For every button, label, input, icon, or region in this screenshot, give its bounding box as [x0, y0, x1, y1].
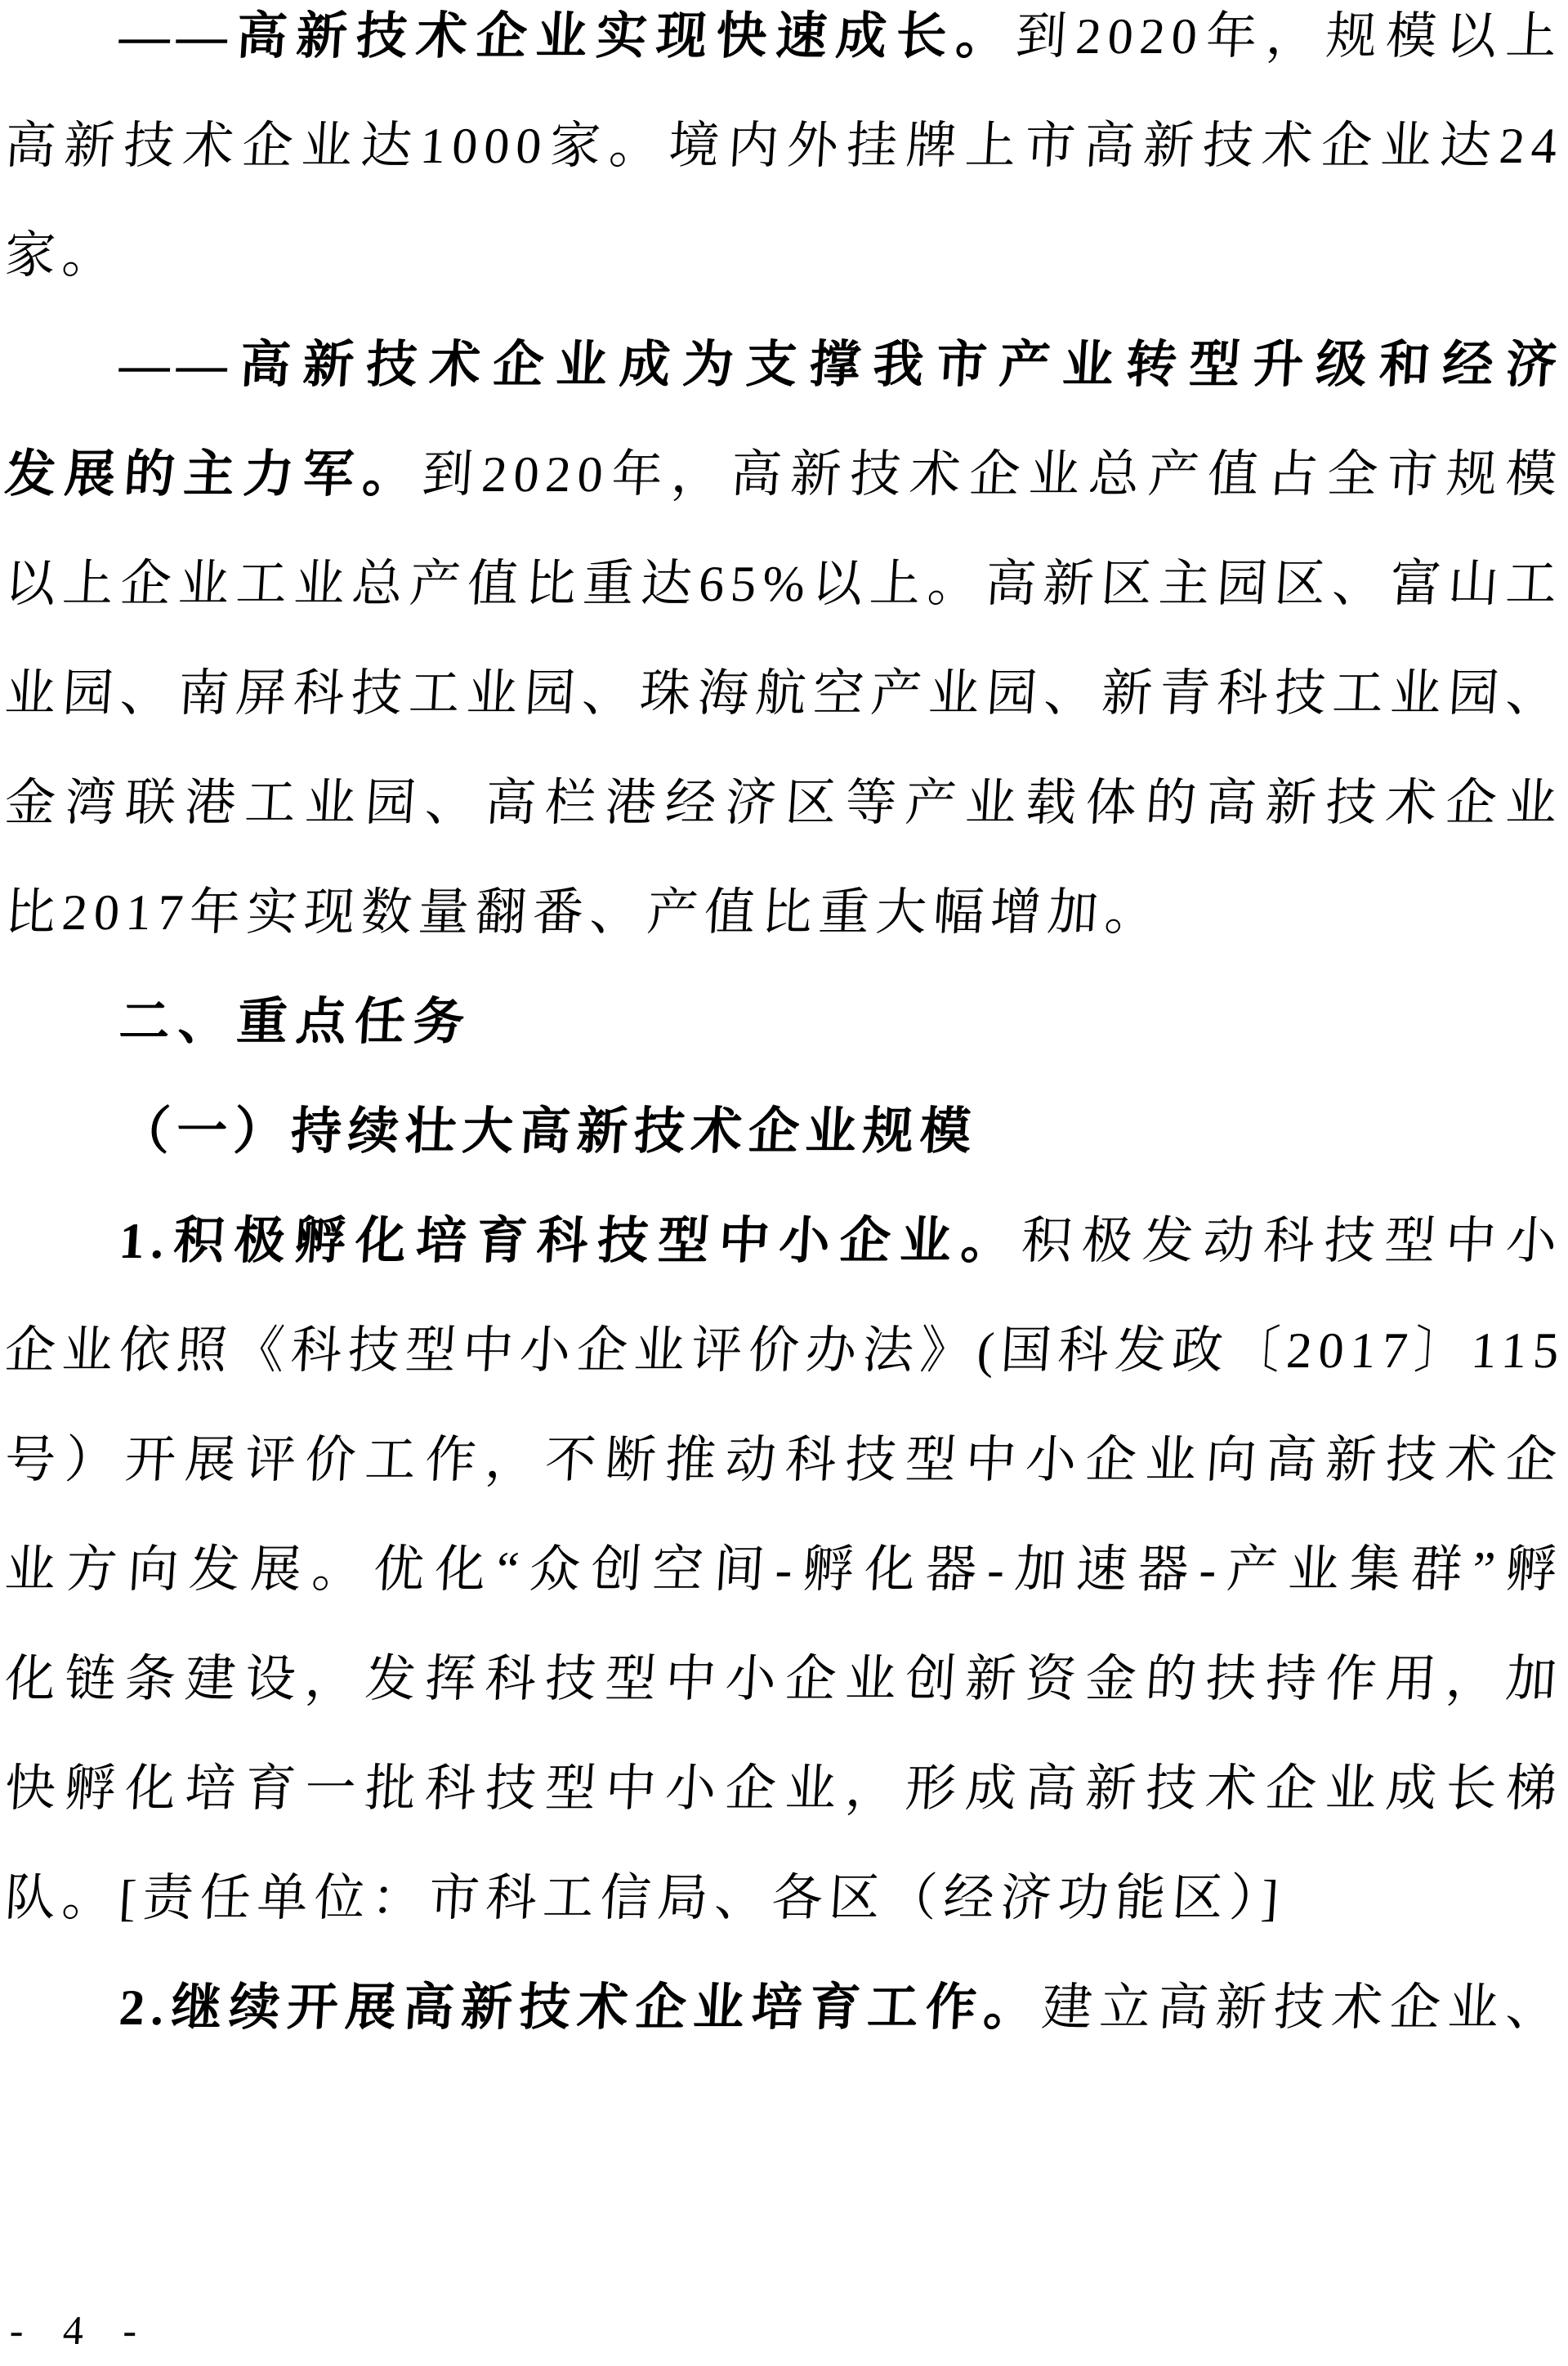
- para2-text: 金湾联港工业园、高栏港经济区等产业载体的高新技术企业: [3, 776, 1565, 831]
- para2-line1: ——高新技术企业成为支撑我市产业转型升级和经济: [2, 311, 1566, 420]
- task2-title: 2.继续开展高新技术企业培育工作。: [118, 1980, 1043, 2036]
- para1-emphasis: ——高新技术企业实现快速成长。: [118, 9, 1018, 65]
- document-body: ——高新技术企业实现快速成长。到2020年，规模以上 高新技术企业达1000家。…: [5, 0, 1563, 2063]
- task1-text: 积极发动科技型中小: [1020, 1214, 1565, 1269]
- task1-line4: 业方向发展。优化“众创空间-孵化器-加速器-产业集群”孵: [2, 1515, 1566, 1625]
- para2-emphasis: ——高新技术企业成为支撑我市产业转型升级和经济: [118, 338, 1565, 393]
- task1-line6: 快孵化培育一批科技型中小企业，形成高新技术企业成长梯: [2, 1734, 1566, 1844]
- para2-line2: 发展的主力军。到2020年，高新技术企业总产值占全市规模: [2, 420, 1566, 530]
- para2-text: 比2017年实现数量翻番、产值比重大幅增加。: [3, 885, 1164, 941]
- task1-line2: 企业依照《科技型中小企业评价办法》(国科发政〔2017〕115: [2, 1296, 1566, 1406]
- task1-text: 快孵化培育一批科技型中小企业，形成高新技术企业成长梯: [3, 1761, 1565, 1817]
- task1-text: 号）开展评价工作，不断推动科技型中小企业向高新技术企: [3, 1433, 1565, 1488]
- para2-text: 到2020年，高新技术企业总产值占全市规模: [421, 447, 1566, 503]
- task1-line3: 号）开展评价工作，不断推动科技型中小企业向高新技术企: [2, 1406, 1566, 1515]
- task2-text: 建立高新技术企业、: [1040, 1980, 1565, 2036]
- subsection-heading: （一）持续壮大高新技术企业规模: [2, 1077, 1566, 1187]
- task1-line7: 队。[责任单位：市科工信局、各区（经济功能区）]: [2, 1844, 1566, 1953]
- task2-line1: 2.继续开展高新技术企业培育工作。建立高新技术企业、: [2, 1953, 1566, 2063]
- para2-line4: 业园、南屏科技工业园、珠海航空产业园、新青科技工业园、: [2, 639, 1566, 749]
- task1-text: 企业依照《科技型中小企业评价办法》(国科发政〔2017〕115: [3, 1323, 1567, 1379]
- para1-text: 家。: [3, 228, 121, 284]
- para2-emphasis: 发展的主力军。: [3, 447, 424, 503]
- para1-line2: 高新技术企业达1000家。境内外挂牌上市高新技术企业达24: [2, 92, 1566, 201]
- section-heading: 二、重点任务: [2, 968, 1566, 1077]
- page-number: - 4 -: [8, 2293, 154, 2366]
- para1-line1: ——高新技术企业实现快速成长。到2020年，规模以上: [2, 0, 1566, 92]
- para1-text: 到2020年，规模以上: [1014, 9, 1565, 65]
- para1-line3: 家。: [2, 201, 1566, 311]
- task1-line5: 化链条建设，发挥科技型中小企业创新资金的扶持作用，加: [2, 1625, 1566, 1734]
- subsection-heading-text: （一）持续壮大高新技术企业规模: [118, 1104, 979, 1160]
- task1-title: 1.积极孵化培育科技型中小企业。: [118, 1214, 1023, 1269]
- task1-text: 化链条建设，发挥科技型中小企业创新资金的扶持作用，加: [3, 1652, 1565, 1707]
- document-page: ——高新技术企业实现快速成长。到2020年，规模以上 高新技术企业达1000家。…: [0, 0, 1568, 2366]
- para2-text: 以上企业工业总产值比重达65%以上。高新区主园区、富山工: [3, 557, 1565, 612]
- task1-responsibility: 队。[责任单位：市科工信局、各区（经济功能区）]: [3, 1871, 1287, 1926]
- para2-line5: 金湾联港工业园、高栏港经济区等产业载体的高新技术企业: [2, 749, 1566, 858]
- task1-text: 业方向发展。优化“众创空间-孵化器-加速器-产业集群”孵: [3, 1542, 1565, 1598]
- section-heading-text: 二、重点任务: [118, 994, 474, 1050]
- para2-line6: 比2017年实现数量翻番、产值比重大幅增加。: [2, 858, 1566, 968]
- task1-line1: 1.积极孵化培育科技型中小企业。积极发动科技型中小: [2, 1187, 1566, 1296]
- para2-line3: 以上企业工业总产值比重达65%以上。高新区主园区、富山工: [2, 530, 1566, 639]
- para1-text: 高新技术企业达1000家。境内外挂牌上市高新技术企业达24: [3, 119, 1565, 174]
- para2-text: 业园、南屏科技工业园、珠海航空产业园、新青科技工业园、: [3, 666, 1565, 722]
